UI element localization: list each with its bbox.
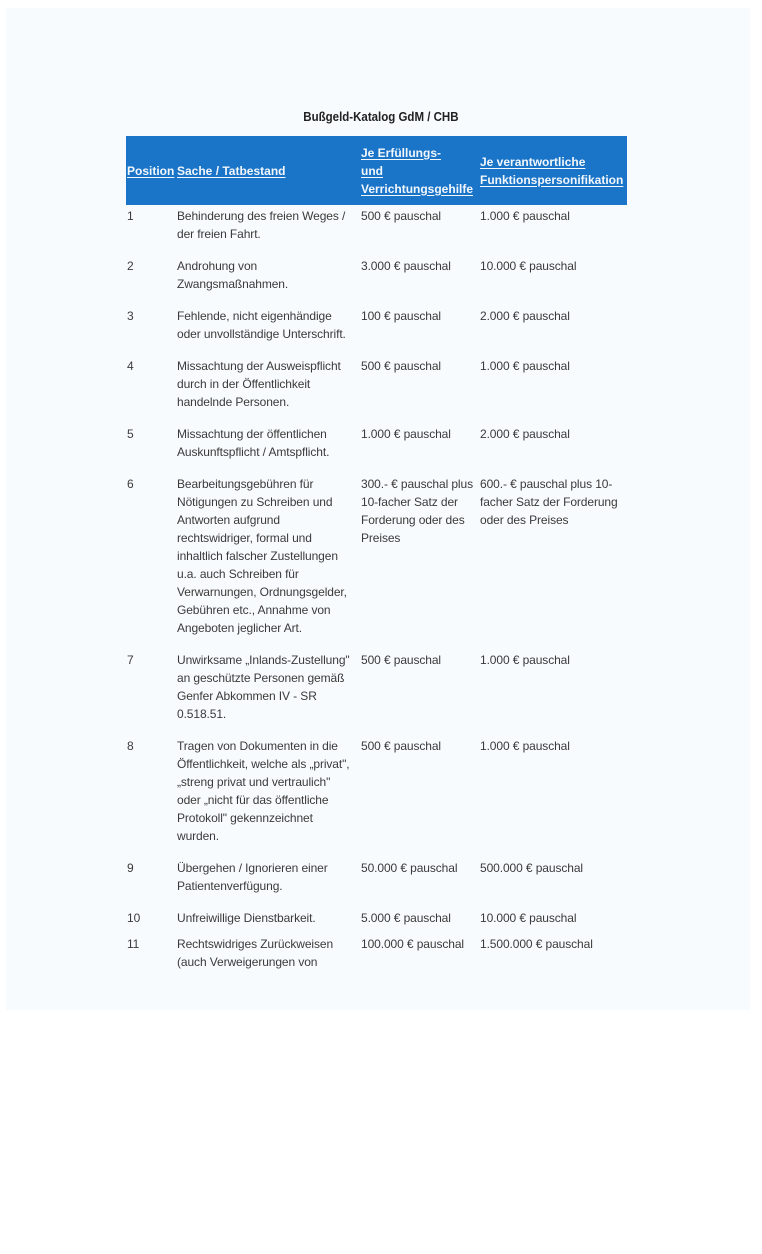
table-row: 8Tragen von Dokumenten in die Öffentlich… [126, 735, 627, 857]
cell-position: 1 [126, 205, 176, 255]
header-position: Position [126, 136, 176, 205]
table-row: 3Fehlende, nicht eigenhändige oder unvol… [126, 305, 627, 355]
table-row: 9Übergehen / Ignorieren einer Patientenv… [126, 857, 627, 907]
cell-per-person: 1.000 € pauschal [479, 205, 627, 255]
cell-subject: Behinderung des freien Weges / der freie… [176, 205, 360, 255]
cell-per-person: 600.- € pauschal plus 10- facher Satz de… [479, 473, 627, 649]
cell-position: 10 [126, 907, 176, 933]
cell-subject: Bearbeitungsgebühren für Nötigungen zu S… [176, 473, 360, 649]
table-row: 10Unfreiwillige Dienstbarkeit.5.000 € pa… [126, 907, 627, 933]
cell-subject: Androhung von Zwangsmaßnahmen. [176, 255, 360, 305]
cell-per-person: 500.000 € pauschal [479, 857, 627, 907]
cell-per-person: 1.000 € pauschal [479, 735, 627, 857]
cell-per-helper: 100.000 € pauschal [360, 933, 479, 977]
cell-subject: Übergehen / Ignorieren einer Patientenve… [176, 857, 360, 907]
cell-subject: Missachtung der öffentlichen Auskunftspf… [176, 423, 360, 473]
cell-per-person: 10.000 € pauschal [479, 907, 627, 933]
cell-position: 5 [126, 423, 176, 473]
cell-position: 9 [126, 857, 176, 907]
cell-position: 3 [126, 305, 176, 355]
cell-subject: Unfreiwillige Dienstbarkeit. [176, 907, 360, 933]
table-row: 7Unwirksame „Inlands-Zustellung" an gesc… [126, 649, 627, 735]
cell-per-person: 1.500.000 € pauschal [479, 933, 627, 977]
table-body: 1Behinderung des freien Weges / der frei… [126, 205, 627, 977]
table-row: 2Androhung von Zwangsmaßnahmen.3.000 € p… [126, 255, 627, 305]
cell-position: 7 [126, 649, 176, 735]
cell-position: 2 [126, 255, 176, 305]
cell-per-helper: 5.000 € pauschal [360, 907, 479, 933]
table-row: 4Missachtung der Ausweispflicht durch in… [126, 355, 627, 423]
cell-per-helper: 3.000 € pauschal [360, 255, 479, 305]
cell-per-helper: 500 € pauschal [360, 649, 479, 735]
header-per-person: Je verantwortliche Funktionspersonifikat… [479, 136, 627, 205]
cell-per-person: 1.000 € pauschal [479, 355, 627, 423]
cell-per-helper: 300.- € pauschal plus 10-facher Satz der… [360, 473, 479, 649]
cell-subject: Fehlende, nicht eigenhändige oder unvoll… [176, 305, 360, 355]
cell-subject: Rechtswidriges Zurückweisen (auch Verwei… [176, 933, 360, 977]
header-per-helper: Je Erfüllungs- und Verrichtungsgehilfe [360, 136, 479, 205]
cell-per-helper: 500 € pauschal [360, 205, 479, 255]
header-subject: Sache / Tatbestand [176, 136, 360, 205]
cell-per-person: 1.000 € pauschal [479, 649, 627, 735]
cell-per-person: 10.000 € pauschal [479, 255, 627, 305]
cell-position: 11 [126, 933, 176, 977]
table-header-row: Position Sache / Tatbestand Je Erfüllung… [126, 136, 627, 205]
table-row: 11Rechtswidriges Zurückweisen (auch Verw… [126, 933, 627, 977]
cell-position: 4 [126, 355, 176, 423]
cell-per-person: 2.000 € pauschal [479, 423, 627, 473]
cell-per-helper: 50.000 € pauschal [360, 857, 479, 907]
table-row: 5Missachtung der öffentlichen Auskunftsp… [126, 423, 627, 473]
table-row: 6Bearbeitungsgebühren für Nötigungen zu … [126, 473, 627, 649]
cell-subject: Unwirksame „Inlands-Zustellung" an gesch… [176, 649, 360, 735]
cell-per-helper: 500 € pauschal [360, 735, 479, 857]
cell-subject: Tragen von Dokumenten in die Öffentlichk… [176, 735, 360, 857]
cell-per-helper: 1.000 € pauschal [360, 423, 479, 473]
fine-catalog-table: Position Sache / Tatbestand Je Erfüllung… [126, 136, 627, 977]
cell-per-person: 2.000 € pauschal [479, 305, 627, 355]
document-title: Bußgeld-Katalog GdM / CHB [30, 110, 731, 124]
cell-position: 8 [126, 735, 176, 857]
cell-position: 6 [126, 473, 176, 649]
cell-subject: Missachtung der Ausweispflicht durch in … [176, 355, 360, 423]
table-row: 1Behinderung des freien Weges / der frei… [126, 205, 627, 255]
cell-per-helper: 500 € pauschal [360, 355, 479, 423]
cell-per-helper: 100 € pauschal [360, 305, 479, 355]
